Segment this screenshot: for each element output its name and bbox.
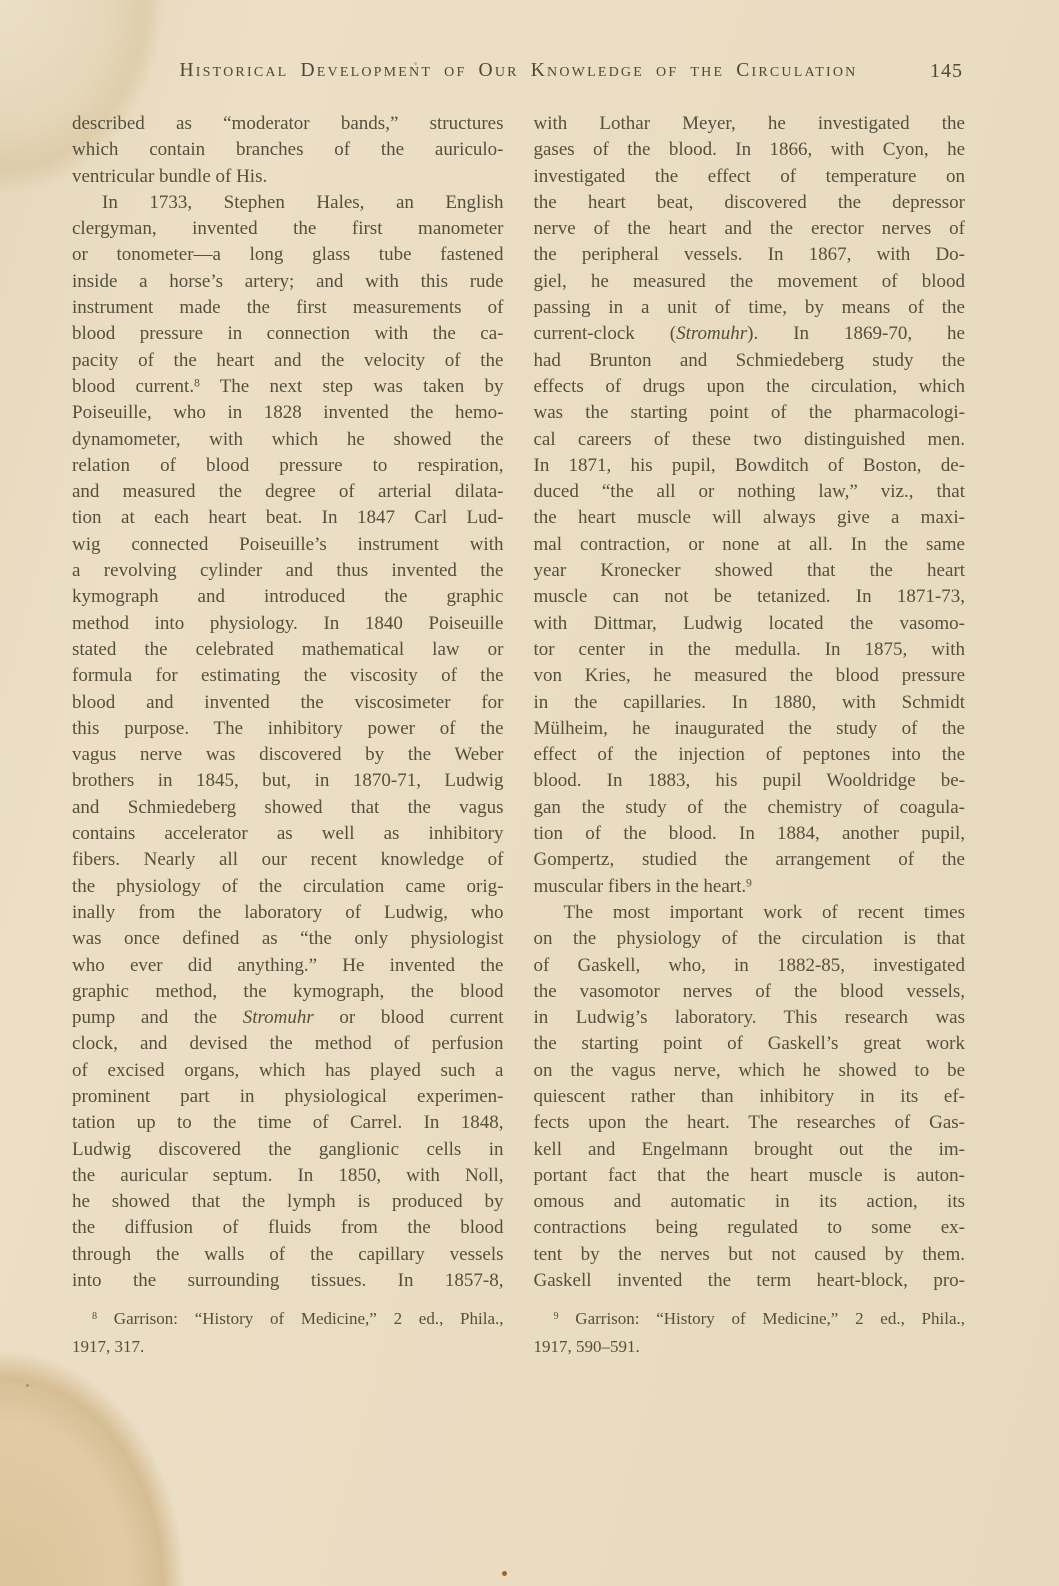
- text-line: relation of blood pressure to respiratio…: [72, 453, 504, 479]
- text-line: Gompertz, studied the arrangement of the: [534, 847, 966, 873]
- text-line: formula for estimating the viscosity of …: [72, 663, 504, 689]
- text-line: blood. In 1883, his pupil Wooldridge be-: [534, 768, 966, 794]
- text-line: this purpose. The inhibitory power of th…: [72, 716, 504, 742]
- footnote-line: 1917, 317.: [72, 1333, 504, 1361]
- text-line: fibers. Nearly all our recent knowledge …: [72, 847, 504, 873]
- paper-speck: [502, 1571, 507, 1576]
- text-line: pacity of the heart and the velocity of …: [72, 348, 504, 374]
- text-line: muscular fibers in the heart.9: [534, 874, 966, 900]
- text-line: clergyman, invented the first manometer: [72, 216, 504, 242]
- text-line: who ever did anything.” He invented the: [72, 953, 504, 979]
- text-line: cal careers of these two distinguished m…: [534, 427, 966, 453]
- text-line: dynamometer, with which he showed the: [72, 427, 504, 453]
- text-line: brothers in 1845, but, in 1870-71, Ludwi…: [72, 768, 504, 794]
- running-header: Historical Development of Our Knowledge …: [72, 60, 965, 90]
- text-line: tion at each heart beat. In 1847 Carl Lu…: [72, 505, 504, 531]
- text-line: gases of the blood. In 1866, with Cyon, …: [534, 137, 966, 163]
- text-line: on the physiology of the circulation is …: [534, 926, 966, 952]
- text-line: through the walls of the capillary vesse…: [72, 1242, 504, 1268]
- text-line: quiescent rather than inhibitory in its …: [534, 1084, 966, 1110]
- text-line: the heart beat, discovered the depressor: [534, 190, 966, 216]
- text-line: investigated the effect of temperature o…: [534, 164, 966, 190]
- book-page: Historical Development of Our Knowledge …: [0, 0, 1059, 1586]
- text-line: he showed that the lymph is produced by: [72, 1189, 504, 1215]
- text-column-left: described as “moderator bands,” structur…: [72, 111, 504, 1360]
- text-line: in the capillaries. In 1880, with Schmid…: [534, 690, 966, 716]
- text-line: was once defined as “the only physiologi…: [72, 926, 504, 952]
- text-line: instrument made the first measurements o…: [72, 295, 504, 321]
- text-line: omous and automatic in its action, its: [534, 1189, 966, 1215]
- text-line: with Lothar Meyer, he investigated the: [534, 111, 966, 137]
- text-line: which contain branches of the auriculo-: [72, 137, 504, 163]
- text-line: was the starting point of the pharmacolo…: [534, 400, 966, 426]
- text-line: and measured the degree of arterial dila…: [72, 479, 504, 505]
- text-line: the vasomotor nerves of the blood vessel…: [534, 979, 966, 1005]
- footnote: 9 Garrison: “History of Medicine,” 2 ed.…: [534, 1305, 966, 1360]
- text-line: the auricular septum. In 1850, with Noll…: [72, 1163, 504, 1189]
- text-line: effects of drugs upon the circulation, w…: [534, 374, 966, 400]
- text-line: Ludwig discovered the ganglionic cells i…: [72, 1137, 504, 1163]
- text-line: of excised organs, which has played such…: [72, 1058, 504, 1084]
- text-line: von Kries, he measured the blood pressur…: [534, 663, 966, 689]
- text-line: nerve of the heart and the erector nerve…: [534, 216, 966, 242]
- text-line: in Ludwig’s laboratory. This research wa…: [534, 1005, 966, 1031]
- text-line: In 1733, Stephen Hales, an English: [72, 190, 504, 216]
- paper-speck: [26, 1384, 29, 1387]
- text-line: giel, he measured the movement of blood: [534, 269, 966, 295]
- text-line: on the vagus nerve, which he showed to b…: [534, 1058, 966, 1084]
- text-line: inside a horse’s artery; and with this r…: [72, 269, 504, 295]
- text-line: passing in a unit of time, by means of t…: [534, 295, 966, 321]
- text-line: contains accelerator as well as inhibito…: [72, 821, 504, 847]
- text-line: wig connected Poiseuille’s instrument wi…: [72, 532, 504, 558]
- text-line: described as “moderator bands,” structur…: [72, 111, 504, 137]
- text-line: tation up to the time of Carrel. In 1848…: [72, 1110, 504, 1136]
- text-line: or tonometer—a long glass tube fastened: [72, 242, 504, 268]
- text-line: Mülheim, he inaugurated the study of the: [534, 716, 966, 742]
- text-line: The most important work of recent times: [534, 900, 966, 926]
- text-line: graphic method, the kymograph, the blood: [72, 979, 504, 1005]
- text-line: kell and Engelmann brought out the im-: [534, 1137, 966, 1163]
- text-line: the physiology of the circulation came o…: [72, 874, 504, 900]
- text-line: duced “the all or nothing law,” viz., th…: [534, 479, 966, 505]
- text-line: ventricular bundle of His.: [72, 164, 504, 190]
- text-line: with Dittmar, Ludwig located the vasomo-: [534, 611, 966, 637]
- footnote-line: 9 Garrison: “History of Medicine,” 2 ed.…: [534, 1305, 966, 1333]
- text-line: kymograph and introduced the graphic: [72, 584, 504, 610]
- text-line: gan the study of the chemistry of coagul…: [534, 795, 966, 821]
- text-line: tor center in the medulla. In 1875, with: [534, 637, 966, 663]
- text-line: In 1871, his pupil, Bowditch of Boston, …: [534, 453, 966, 479]
- text-line: the starting point of Gaskell’s great wo…: [534, 1031, 966, 1057]
- text-line: tent by the nerves but not caused by the…: [534, 1242, 966, 1268]
- text-line: the diffusion of fluids from the blood: [72, 1215, 504, 1241]
- footnote: 8 Garrison: “History of Medicine,” 2 ed.…: [72, 1305, 504, 1360]
- text-line: portant fact that the heart muscle is au…: [534, 1163, 966, 1189]
- text-line: blood current.8 The next step was taken …: [72, 374, 504, 400]
- text-line: had Brunton and Schmiedeberg study the: [534, 348, 966, 374]
- text-line: the heart muscle will always give a maxi…: [534, 505, 966, 531]
- text-line: effect of the injection of peptones into…: [534, 742, 966, 768]
- text-line: into the surrounding tissues. In 1857-8,: [72, 1268, 504, 1294]
- text-line: fects upon the heart. The researches of …: [534, 1110, 966, 1136]
- text-line: of Gaskell, who, in 1882-85, investigate…: [534, 953, 966, 979]
- text-line: blood pressure in connection with the ca…: [72, 321, 504, 347]
- text-column-right: with Lothar Meyer, he investigated thega…: [534, 111, 966, 1360]
- text-line: tion of the blood. In 1884, another pupi…: [534, 821, 966, 847]
- text-line: vagus nerve was discovered by the Weber: [72, 742, 504, 768]
- text-line: current-clock (Stromuhr). In 1869-70, he: [534, 321, 966, 347]
- page-number: 145: [930, 60, 963, 83]
- text-line: blood and invented the viscosimeter for: [72, 690, 504, 716]
- text-line: clock, and devised the method of perfusi…: [72, 1031, 504, 1057]
- text-columns: described as “moderator bands,” structur…: [72, 111, 965, 1360]
- text-line: Poiseuille, who in 1828 invented the hem…: [72, 400, 504, 426]
- text-line: contractions being regulated to some ex-: [534, 1215, 966, 1241]
- footnote-line: 1917, 590–591.: [534, 1333, 966, 1361]
- text-line: Gaskell invented the term heart-block, p…: [534, 1268, 966, 1294]
- text-line: muscle can not be tetanized. In 1871-73,: [534, 584, 966, 610]
- footnote-line: 8 Garrison: “History of Medicine,” 2 ed.…: [72, 1305, 504, 1333]
- text-line: stated the celebrated mathematical law o…: [72, 637, 504, 663]
- page-header-title: Historical Development of Our Knowledge …: [72, 60, 965, 82]
- text-line: method into physiology. In 1840 Poiseuil…: [72, 611, 504, 637]
- text-line: year Kronecker showed that the heart: [534, 558, 966, 584]
- text-line: inally from the laboratory of Ludwig, wh…: [72, 900, 504, 926]
- text-line: the peripheral vessels. In 1867, with Do…: [534, 242, 966, 268]
- text-line: mal contraction, or none at all. In the …: [534, 532, 966, 558]
- text-line: a revolving cylinder and thus invented t…: [72, 558, 504, 584]
- text-line: prominent part in physiological experime…: [72, 1084, 504, 1110]
- text-line: pump and the Stromuhr or blood current: [72, 1005, 504, 1031]
- text-line: and Schmiedeberg showed that the vagus: [72, 795, 504, 821]
